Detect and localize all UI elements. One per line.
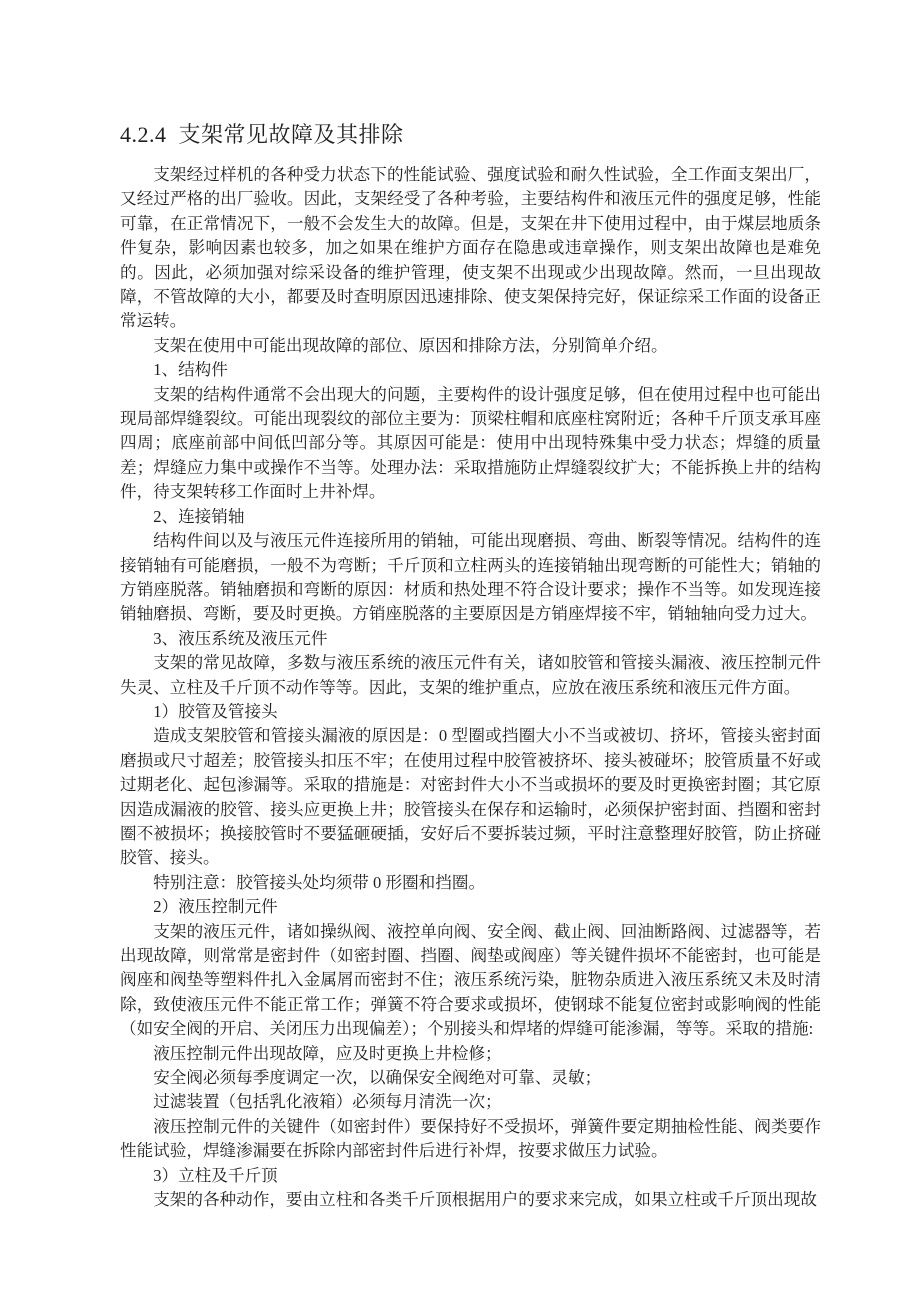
sub-item-heading: 2）液压控制元件 [120,895,821,919]
document-page: 4.2.4 支架常见故障及其排除 支架经过样机的各种受力状态下的性能试验、强度试… [0,0,920,1302]
note-paragraph: 特别注意：胶管接头处均须带 0 形圈和挡圈。 [120,871,821,895]
sub-item-heading: 3）立柱及千斤顶 [120,1164,821,1188]
body-paragraph: 支架的各种动作，要由立柱和各类千斤顶根据用户的要求来完成，如果立柱或千斤顶出现故 [120,1188,821,1212]
measure-item: 液压控制元件出现故障，应及时更换上井检修； [120,1042,821,1066]
subsection-heading: 1、结构件 [120,358,821,382]
body-paragraph: 支架的常见故障，多数与液压系统的液压元件有关，诸如胶管和管接头漏液、液压控制元件… [120,651,821,700]
document-content: 4.2.4 支架常见故障及其排除 支架经过样机的各种受力状态下的性能试验、强度试… [120,120,821,1212]
subsection-heading: 2、连接销轴 [120,505,821,529]
body-paragraph: 造成支架胶管和管接头漏液的原因是：0 型圈或挡圈大小不当或被切、挤坏，管接头密封… [120,724,821,870]
body-paragraph: 结构件间以及与液压元件连接所用的销轴，可能出现磨损、弯曲、断裂等情况。结构件的连… [120,529,821,627]
section-title: 4.2.4 支架常见故障及其排除 [120,120,821,150]
body-paragraph: 支架经过样机的各种受力状态下的性能试验、强度试验和耐久性试验，全工作面支架出厂，… [120,163,821,334]
subsection-heading: 3、液压系统及液压元件 [120,627,821,651]
measure-item: 过滤装置（包括乳化液箱）必须每月清洗一次； [120,1090,821,1114]
body-paragraph: 支架的结构件通常不会出现大的问题，主要构件的设计强度足够，但在使用过程中也可能出… [120,383,821,505]
body-paragraph: 支架的液压元件，诸如操纵阀、液控单向阀、安全阀、截止阀、回油断路阀、过滤器等，若… [120,920,821,1042]
sub-item-heading: 1）胶管及管接头 [120,700,821,724]
body-paragraph: 支架在使用中可能出现故障的部位、原因和排除方法，分别简单介绍。 [120,334,821,358]
measure-item: 安全阀必须每季度调定一次，以确保安全阀绝对可靠、灵敏； [120,1066,821,1090]
body-paragraph: 液压控制元件的关键件（如密封件）要保持好不受损坏，弹簧件要定期抽检性能、阀类要作… [120,1115,821,1164]
